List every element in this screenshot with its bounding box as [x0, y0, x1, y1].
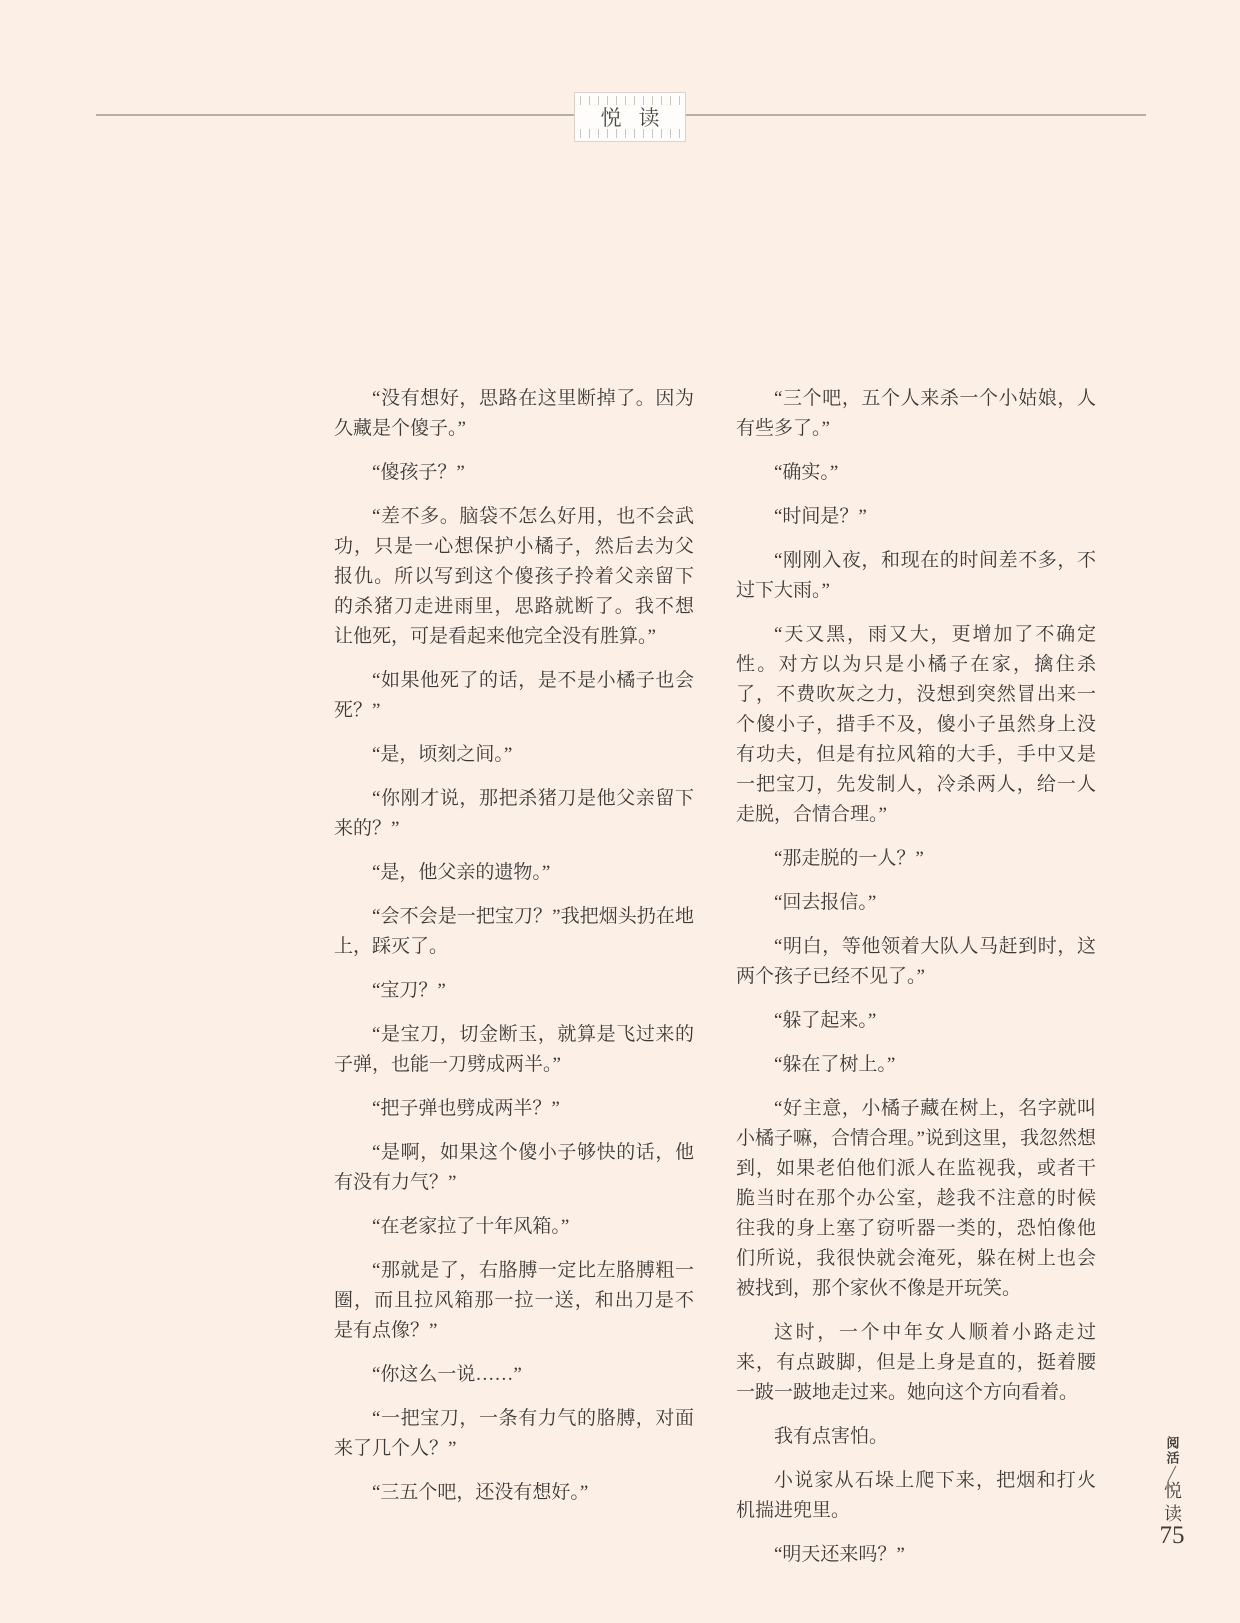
paragraph: “回去报信。” — [736, 888, 1096, 918]
paragraph: “是宝刀，切金断玉，就算是飞过来的子弹，也能一刀劈成两半。” — [334, 1020, 694, 1080]
paragraph: “在老家拉了十年风箱。” — [334, 1212, 694, 1242]
paragraph: “差不多。脑袋不怎么好用，也不会武功，只是一心想保护小橘子，然后去为父报仇。所以… — [334, 502, 694, 652]
paragraph: “躲在了树上。” — [736, 1050, 1096, 1080]
paragraph: “是啊，如果这个傻小子够快的话，他有没有力气？” — [334, 1138, 694, 1198]
paragraph: “明白，等他领着大队人马赶到时，这两个孩子已经不见了。” — [736, 932, 1096, 992]
paragraph: “会不会是一把宝刀？”我把烟头扔在地上，踩灭了。 — [334, 902, 694, 962]
paragraph: “如果他死了的话，是不是小橘子也会死？” — [334, 666, 694, 726]
sidebar-slash-separator: ╱ — [1168, 1467, 1176, 1480]
paragraph: “一把宝刀，一条有力气的胳膊，对面来了几个人？” — [334, 1404, 694, 1464]
paragraph: “你这么一说……” — [334, 1360, 694, 1390]
section-sidebar-label: 阅活 ╱ 悦读 — [1150, 1436, 1194, 1527]
paragraph: “那走脱的一人？” — [736, 844, 1096, 874]
paragraph: “傻孩子？” — [334, 458, 694, 488]
paragraph: “你刚才说，那把杀猪刀是他父亲留下来的？” — [334, 784, 694, 844]
section-badge-label: 悦读 — [584, 102, 677, 132]
left-text-column: “没有想好，思路在这里断掉了。因为久藏是个傻子。”“傻孩子？”“差不多。脑袋不怎… — [334, 384, 694, 1522]
paragraph: “好主意，小橘子藏在树上，名字就叫小橘子嘛，合情合理。”说到这里，我忽然想到，如… — [736, 1094, 1096, 1304]
right-text-column: “三个吧，五个人来杀一个小姑娘，人有些多了。”“确实。”“时间是？”“刚刚入夜，… — [736, 384, 1096, 1584]
magazine-page: 悦读 “没有想好，思路在这里断掉了。因为久藏是个傻子。”“傻孩子？”“差不多。脑… — [0, 0, 1240, 1623]
paragraph: “时间是？” — [736, 502, 1096, 532]
paragraph: “三个吧，五个人来杀一个小姑娘，人有些多了。” — [736, 384, 1096, 444]
paragraph: “确实。” — [736, 458, 1096, 488]
paragraph: “是，他父亲的遗物。” — [334, 858, 694, 888]
filmstrip-perforation-top — [580, 96, 680, 105]
paragraph: “三五个吧，还没有想好。” — [334, 1478, 694, 1508]
sidebar-section-name: 悦读 — [1159, 1481, 1185, 1527]
page-number: 75 — [1150, 1522, 1194, 1550]
paragraph: “那就是了，右胳膊一定比左胳膊粗一圈，而且拉风箱那一拉一送，和出刀是不是有点像？… — [334, 1256, 694, 1346]
paragraph: 小说家从石垛上爬下来，把烟和打火机揣进兜里。 — [736, 1466, 1096, 1526]
sidebar-series-label: 阅活 — [1163, 1436, 1182, 1466]
paragraph: “天又黑，雨又大，更增加了不确定性。对方以为只是小橘子在家，擒住杀了，不费吹灰之… — [736, 620, 1096, 830]
paragraph: “是，顷刻之间。” — [334, 740, 694, 770]
paragraph: “刚刚入夜，和现在的时间差不多，不过下大雨。” — [736, 546, 1096, 606]
paragraph: 这时，一个中年女人顺着小路走过来，有点跛脚，但是上身是直的，挺着腰一跛一跛地走过… — [736, 1318, 1096, 1408]
paragraph: “宝刀？” — [334, 976, 694, 1006]
paragraph: “躲了起来。” — [736, 1006, 1096, 1036]
paragraph: 我有点害怕。 — [736, 1422, 1096, 1452]
paragraph: “没有想好，思路在这里断掉了。因为久藏是个傻子。” — [334, 384, 694, 444]
paragraph: “明天还来吗？” — [736, 1540, 1096, 1570]
filmstrip-perforation-bottom — [580, 129, 680, 138]
paragraph: “把子弹也劈成两半？” — [334, 1094, 694, 1124]
section-badge: 悦读 — [574, 92, 686, 142]
